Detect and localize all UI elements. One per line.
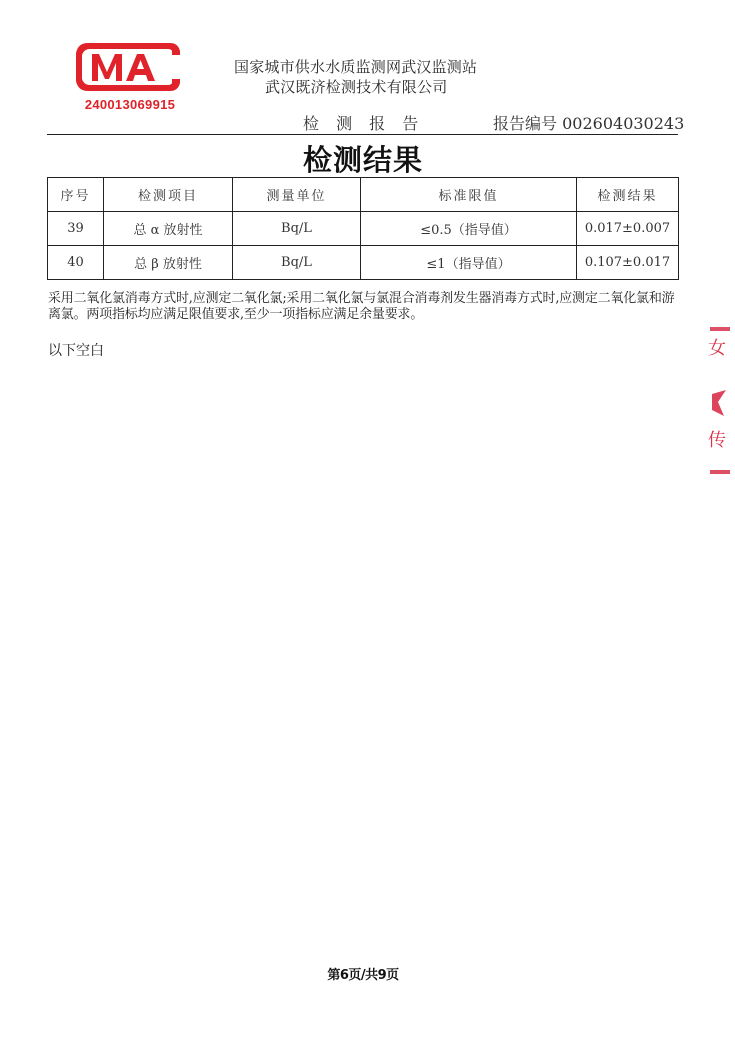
column-header-unit: 测量单位 bbox=[233, 178, 361, 212]
column-header-result: 检测结果 bbox=[577, 178, 679, 212]
cma-certificate-number: 240013069915 bbox=[74, 97, 186, 112]
report-number: 报告编号 002604030243 bbox=[493, 111, 684, 134]
report-type-label: 检 测 报 告 bbox=[303, 111, 424, 134]
cell-unit: Bq/L bbox=[233, 246, 361, 280]
report-number-label: 报告编号 bbox=[493, 114, 557, 133]
cell-no: 39 bbox=[48, 212, 104, 246]
column-header-limit: 标准限值 bbox=[361, 178, 577, 212]
svg-text:传: 传 bbox=[708, 430, 726, 451]
column-header-no: 序号 bbox=[48, 178, 104, 212]
table-header-row: 序号 检测项目 测量单位 标准限值 检测结果 bbox=[48, 178, 679, 212]
remarks-note: 采用二氧化氯消毒方式时,应测定二氧化氯;采用二氧化氯与氯混合消毒剂发生器消毒方式… bbox=[48, 291, 684, 323]
cell-no: 40 bbox=[48, 246, 104, 280]
organization-name-line2: 武汉既济检测技术有限公司 bbox=[265, 76, 447, 97]
seal-stamp-fragment: 女 传 bbox=[708, 324, 735, 479]
cma-logo-icon bbox=[74, 39, 184, 95]
seal-stamp-icon: 女 传 bbox=[708, 324, 735, 479]
cell-result: 0.107±0.017 bbox=[577, 246, 679, 280]
organization-name-line1: 国家城市供水水质监测网武汉监测站 bbox=[234, 56, 477, 77]
page-number: 第6页/共9页 bbox=[0, 964, 726, 983]
blank-below-marker: 以下空白 bbox=[48, 340, 104, 360]
cell-item: 总 β 放射性 bbox=[104, 246, 233, 280]
cell-unit: Bq/L bbox=[233, 212, 361, 246]
cell-limit: ≤1（指导值） bbox=[361, 246, 577, 280]
cell-item: 总 α 放射性 bbox=[104, 212, 233, 246]
header-divider bbox=[47, 134, 678, 135]
page-title: 检测结果 bbox=[0, 138, 726, 179]
table-row: 39 总 α 放射性 Bq/L ≤0.5（指导值） 0.017±0.007 bbox=[48, 212, 679, 246]
cell-result: 0.017±0.007 bbox=[577, 212, 679, 246]
cma-logo bbox=[74, 39, 184, 95]
column-header-item: 检测项目 bbox=[104, 178, 233, 212]
results-table: 序号 检测项目 测量单位 标准限值 检测结果 39 总 α 放射性 Bq/L ≤… bbox=[47, 177, 679, 280]
table-row: 40 总 β 放射性 Bq/L ≤1（指导值） 0.107±0.017 bbox=[48, 246, 679, 280]
cell-limit: ≤0.5（指导值） bbox=[361, 212, 577, 246]
svg-text:女: 女 bbox=[708, 338, 726, 359]
report-number-value: 002604030243 bbox=[562, 114, 684, 133]
